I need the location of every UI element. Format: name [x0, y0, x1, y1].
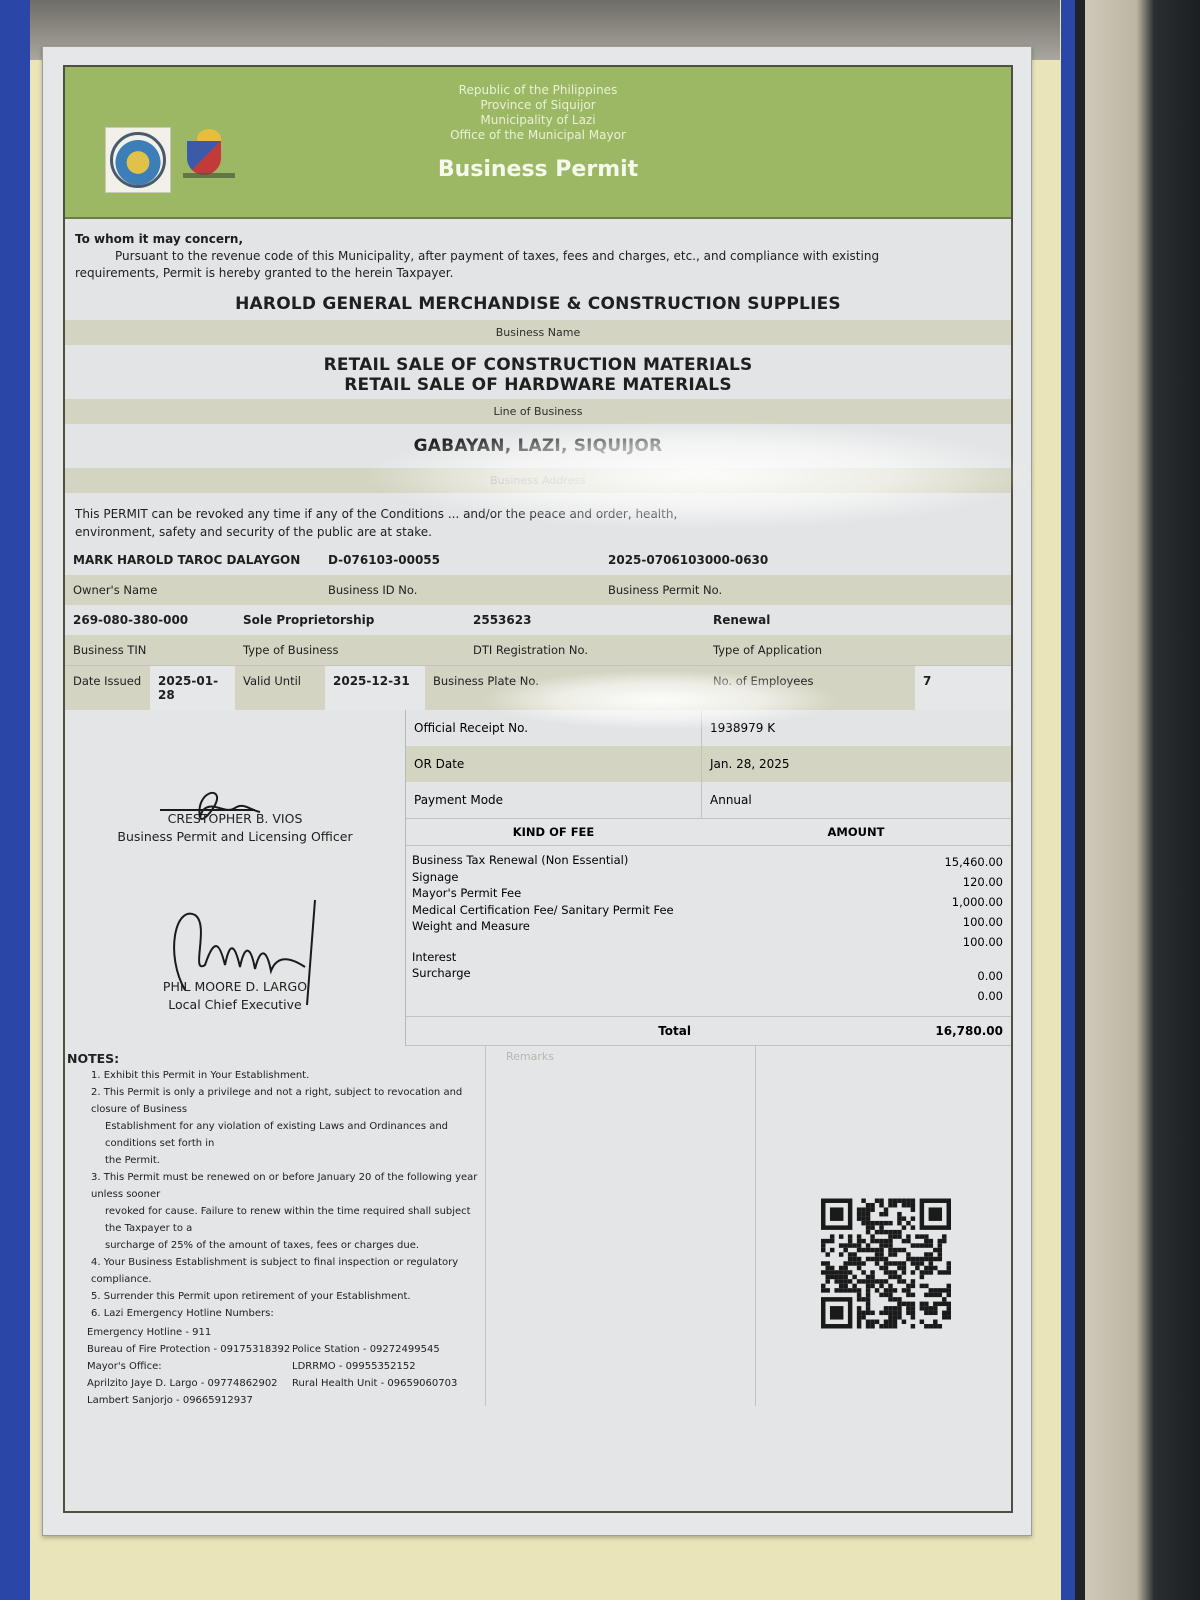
signatory-mayor-title: Local Chief Executive: [65, 996, 405, 1014]
business-name-label: Business Name: [65, 320, 1011, 345]
intro-line-2: requirements, Permit is hereby granted t…: [75, 265, 1001, 282]
application-type: Renewal: [705, 605, 1011, 635]
hotline-entry: [292, 1392, 492, 1409]
government-heading: Republic of the Philippines Province of …: [65, 83, 1011, 143]
fee-amount-interest: 0.00: [746, 966, 1003, 986]
amount-header: AMOUNT: [701, 825, 1011, 839]
signatures-column: CRESTOPHER B. VIOS Business Permit and L…: [65, 710, 405, 1040]
owner-values-row: MARK HAROLD TAROC DALAYGON D-076103-0005…: [65, 545, 1011, 575]
total-amount: 16,780.00: [701, 1024, 1011, 1038]
fee-item-interest: Interest: [412, 949, 746, 966]
total-row: Total 16,780.00: [406, 1016, 1011, 1046]
valid-until: 2025-12-31: [325, 666, 425, 710]
owner-name-label: Owner's Name: [65, 575, 320, 605]
fee-item: Medical Certification Fee/ Sanitary Perm…: [412, 902, 746, 919]
fee-amount-surcharge: 0.00: [746, 986, 1003, 1006]
payment-mode-label: Payment Mode: [406, 793, 701, 807]
type-of-business: Sole Proprietorship: [235, 605, 465, 635]
fee-item-surcharge: Surcharge: [412, 965, 746, 982]
employees-label: No. of Employees: [705, 666, 915, 710]
or-number-row: Official Receipt No. 1938979 K: [406, 710, 1011, 746]
fee-amount: 15,460.00: [746, 852, 1003, 872]
fee-item: Signage: [412, 869, 746, 886]
signatory-mayor-name: PHIL MOORE D. LARGO: [65, 978, 405, 996]
business-address-label: Business Address: [65, 468, 1011, 493]
notes-section: NOTES: 1. Exhibit this Permit in Your Es…: [65, 1046, 1011, 1409]
business-id: D-076103-00055: [320, 545, 600, 575]
or-number-label: Official Receipt No.: [406, 721, 701, 735]
application-type-label: Type of Application: [705, 635, 1011, 665]
fee-amount: 100.00: [746, 932, 1003, 952]
hotline-entry: LDRRMO - 09955352152: [292, 1358, 492, 1375]
revocation-line-1: This PERMIT can be revoked any time if a…: [75, 505, 1001, 523]
hotline-entry: Rural Health Unit - 09659060703: [292, 1375, 492, 1392]
intro-line-1: Pursuant to the revenue code of this Mun…: [75, 248, 1001, 265]
hotline-entry: Emergency Hotline - 911: [87, 1324, 292, 1341]
dti-registration-no: 2553623: [465, 605, 705, 635]
tin-values-row: 269-080-380-000 Sole Proprietorship 2553…: [65, 605, 1011, 635]
note-item: 4. Your Business Establishment is subjec…: [83, 1254, 485, 1288]
qr-column: [755, 1046, 1011, 1406]
date-issued: 2025-01-28: [150, 666, 235, 710]
permit-title: Business Permit: [65, 157, 1011, 182]
kind-of-fee-header: KIND OF FEE: [406, 825, 701, 839]
employee-count: 7: [915, 666, 1011, 710]
note-item-continued: revoked for cause. Failure to renew with…: [83, 1203, 485, 1237]
notes-list: NOTES: 1. Exhibit this Permit in Your Es…: [65, 1046, 485, 1409]
type-of-business-label: Type of Business: [235, 635, 465, 665]
salutation: To whom it may concern,: [75, 231, 1001, 248]
owner-name: MARK HAROLD TAROC DALAYGON: [65, 545, 320, 575]
signatory-bplo-title: Business Permit and Licensing Officer: [65, 828, 405, 846]
fee-item: Weight and Measure: [412, 918, 746, 935]
hotline-entry: [292, 1324, 492, 1341]
business-tin-label: Business TIN: [65, 635, 235, 665]
or-number: 1938979 K: [701, 710, 1011, 746]
business-id-label: Business ID No.: [320, 575, 600, 605]
fee-amount: 100.00: [746, 912, 1003, 932]
permit-border: Republic of the Philippines Province of …: [63, 65, 1013, 1513]
intro-paragraph: To whom it may concern, Pursuant to the …: [65, 219, 1011, 288]
fee-amount: 1,000.00: [746, 892, 1003, 912]
note-item: 5. Surrender this Permit upon retirement…: [83, 1288, 485, 1305]
note-item: 1. Exhibit this Permit in Your Establish…: [83, 1067, 485, 1084]
dti-registration-no-label: DTI Registration No.: [465, 635, 705, 665]
wall-background: [1085, 0, 1200, 1600]
hotline-entry: Lambert Sanjorjo - 09665912937: [87, 1392, 292, 1409]
hotline-entry: Bureau of Fire Protection - 09175318392: [87, 1341, 292, 1358]
qr-code-icon: [821, 1196, 951, 1331]
country-line: Republic of the Philippines: [65, 83, 1011, 98]
note-item-continued: surcharge of 25% of the amount of taxes,…: [83, 1237, 485, 1254]
province-line: Province of Siquijor: [65, 98, 1011, 113]
signatory-bplo: CRESTOPHER B. VIOS Business Permit and L…: [65, 810, 405, 846]
fee-item: Mayor's Permit Fee: [412, 885, 746, 902]
business-permit-no: 2025-0706103000-0630: [600, 545, 1011, 575]
business-tin: 269-080-380-000: [65, 605, 235, 635]
dates-row: Date Issued 2025-01-28 Valid Until 2025-…: [65, 665, 1011, 710]
signatory-bplo-name: CRESTOPHER B. VIOS: [65, 810, 405, 828]
revocation-line-2: environment, safety and security of the …: [75, 523, 1001, 541]
payment-section: CRESTOPHER B. VIOS Business Permit and L…: [65, 710, 1011, 1046]
line-of-business-2: RETAIL SALE OF HARDWARE MATERIALS: [65, 375, 1011, 395]
remarks-box: Remarks: [485, 1046, 755, 1406]
fee-item: Business Tax Renewal (Non Essential): [412, 852, 746, 869]
business-address: GABAYAN, LAZI, SIQUIJOR: [65, 424, 1011, 468]
hotline-entry: Police Station - 09272499545: [292, 1341, 492, 1358]
permit-header: Republic of the Philippines Province of …: [65, 67, 1011, 219]
notes-heading: NOTES:: [67, 1050, 485, 1067]
payment-mode-row: Payment Mode Annual: [406, 782, 1011, 818]
date-issued-label: Date Issued: [65, 666, 150, 710]
business-permit-no-label: Business Permit No.: [600, 575, 1011, 605]
municipality-line: Municipality of Lazi: [65, 113, 1011, 128]
tin-labels-row: Business TIN Type of Business DTI Regist…: [65, 635, 1011, 665]
fee-table-body: Business Tax Renewal (Non Essential) Sig…: [406, 846, 1011, 1016]
fee-table-header: KIND OF FEE AMOUNT: [406, 818, 1011, 846]
business-plate-no-label: Business Plate No.: [425, 666, 705, 710]
line-of-business: RETAIL SALE OF CONSTRUCTION MATERIALS RE…: [65, 345, 1011, 399]
total-label: Total: [406, 1024, 701, 1038]
note-item: 3. This Permit must be renewed on or bef…: [83, 1169, 485, 1203]
business-name: HAROLD GENERAL MERCHANDISE & CONSTRUCTIO…: [65, 288, 1011, 320]
office-line: Office of the Municipal Mayor: [65, 128, 1011, 143]
revocation-clause: This PERMIT can be revoked any time if a…: [65, 493, 1011, 545]
or-date: Jan. 28, 2025: [701, 746, 1011, 782]
fees-column: Official Receipt No. 1938979 K OR Date J…: [405, 710, 1011, 1046]
signatory-mayor: PHIL MOORE D. LARGO Local Chief Executiv…: [65, 978, 405, 1014]
line-of-business-1: RETAIL SALE OF CONSTRUCTION MATERIALS: [65, 355, 1011, 375]
remarks-label: Remarks: [506, 1050, 554, 1063]
or-date-row: OR Date Jan. 28, 2025: [406, 746, 1011, 782]
note-item: 6. Lazi Emergency Hotline Numbers:: [83, 1305, 485, 1322]
business-permit-document: Republic of the Philippines Province of …: [42, 46, 1032, 1536]
fee-amounts: 15,460.00 120.00 1,000.00 100.00 100.00 …: [746, 852, 1011, 1010]
valid-until-label: Valid Until: [235, 666, 325, 710]
note-item: 2. This Permit is only a privilege and n…: [83, 1084, 485, 1118]
owner-labels-row: Owner's Name Business ID No. Business Pe…: [65, 575, 1011, 605]
fee-amount: 120.00: [746, 872, 1003, 892]
hotline-entry: Aprilzito Jaye D. Largo - 09774862902: [87, 1375, 292, 1392]
line-of-business-label: Line of Business: [65, 399, 1011, 424]
note-item-continued: Establishment for any violation of exist…: [83, 1118, 485, 1152]
note-item-continued: the Permit.: [83, 1152, 485, 1169]
payment-mode: Annual: [701, 782, 1011, 818]
hotline-entry: Mayor's Office:: [87, 1358, 292, 1375]
or-date-label: OR Date: [406, 757, 701, 771]
fee-names: Business Tax Renewal (Non Essential) Sig…: [406, 852, 746, 1010]
hotline-numbers: Emergency Hotline - 911 Bureau of Fire P…: [83, 1324, 485, 1409]
